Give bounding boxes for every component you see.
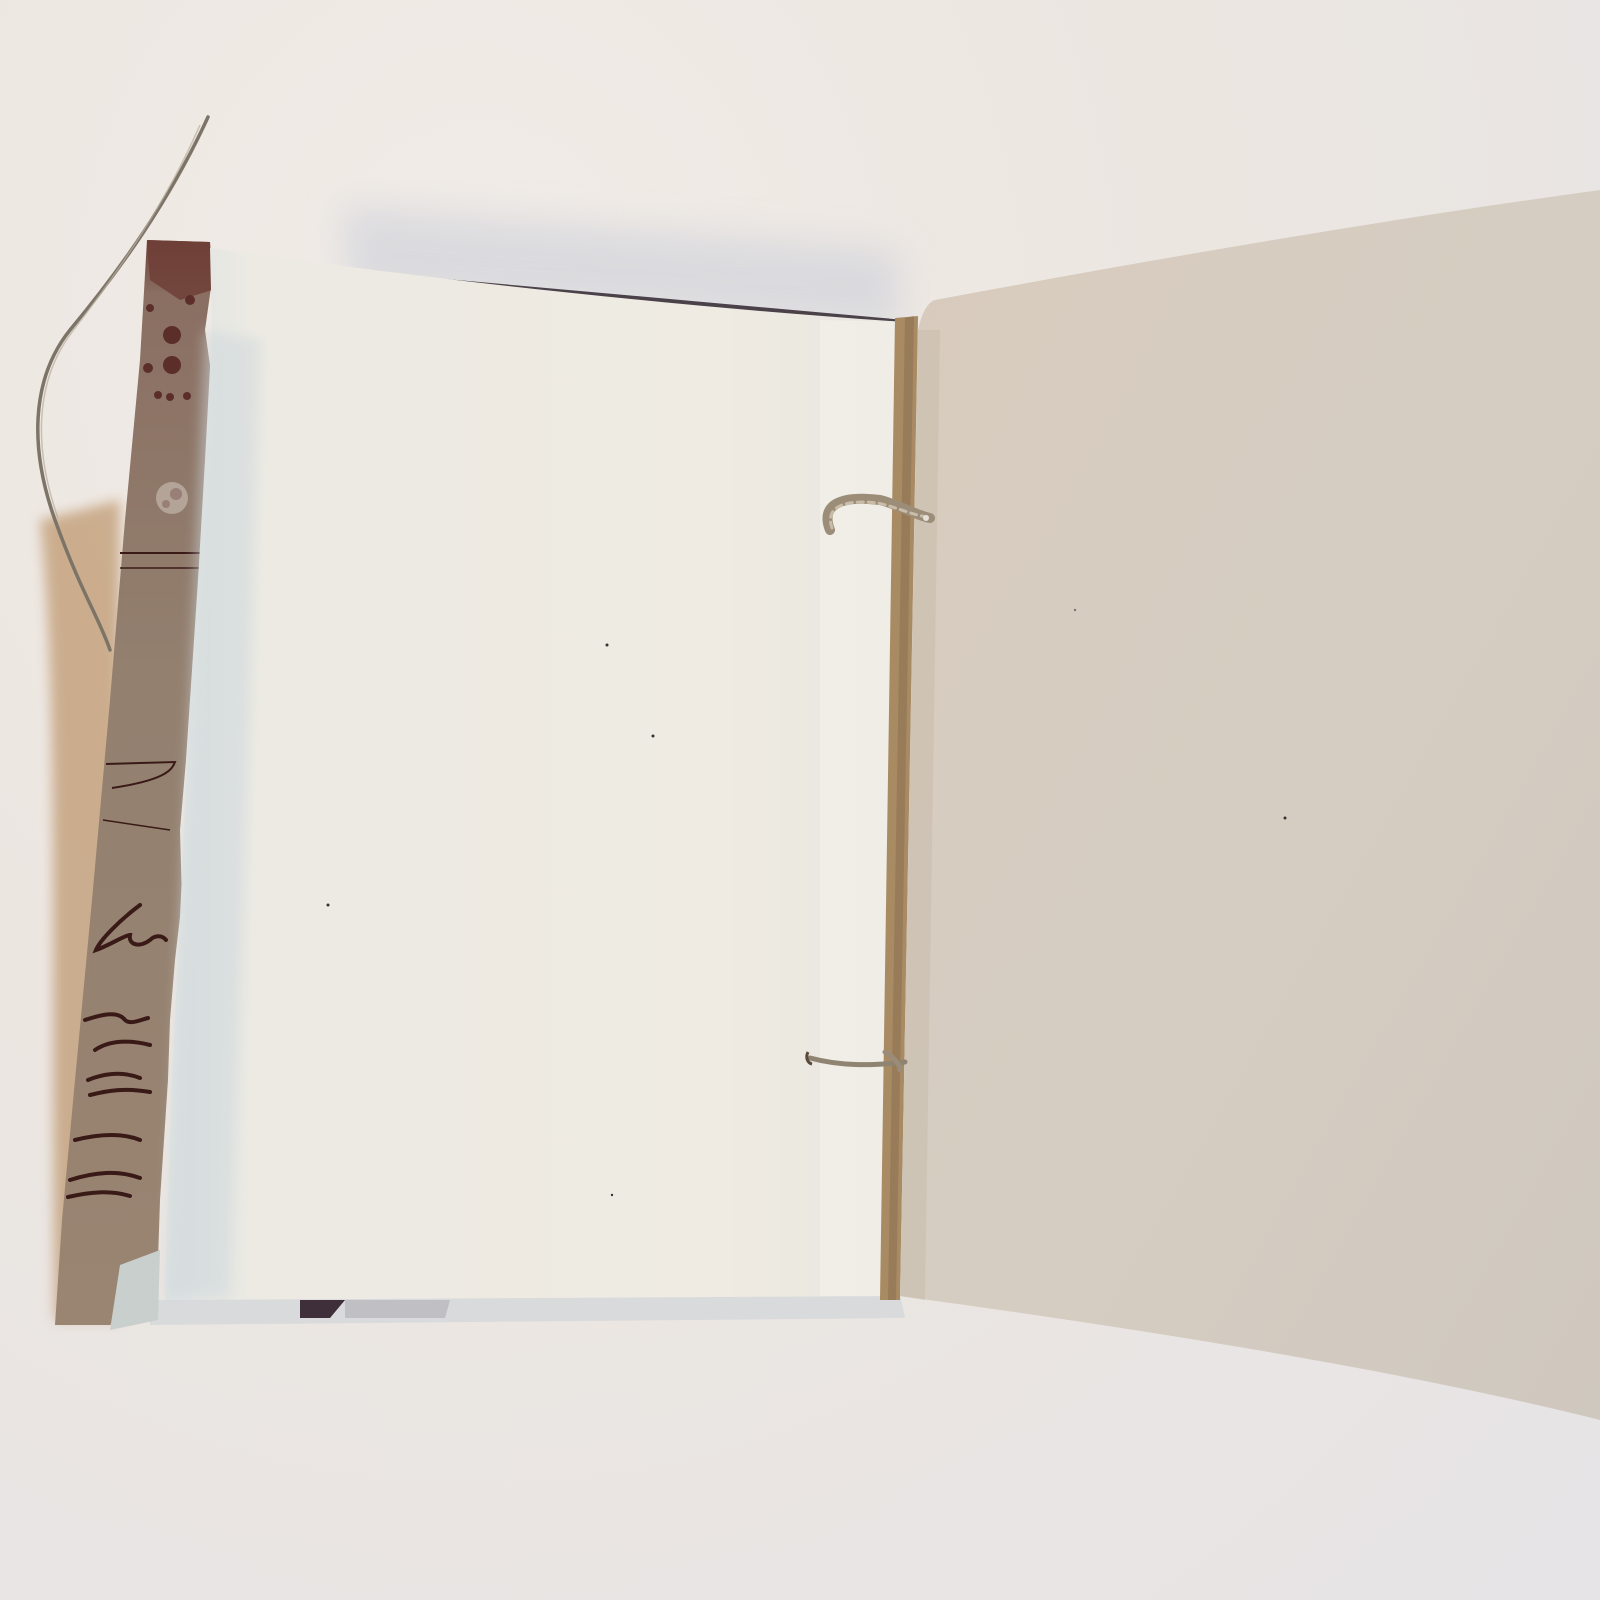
photo-scene: Open handmade book photographed from abo…	[0, 0, 1600, 1600]
right-page	[900, 190, 1600, 1420]
left-page	[165, 248, 905, 1300]
book-illustration	[0, 0, 1600, 1600]
